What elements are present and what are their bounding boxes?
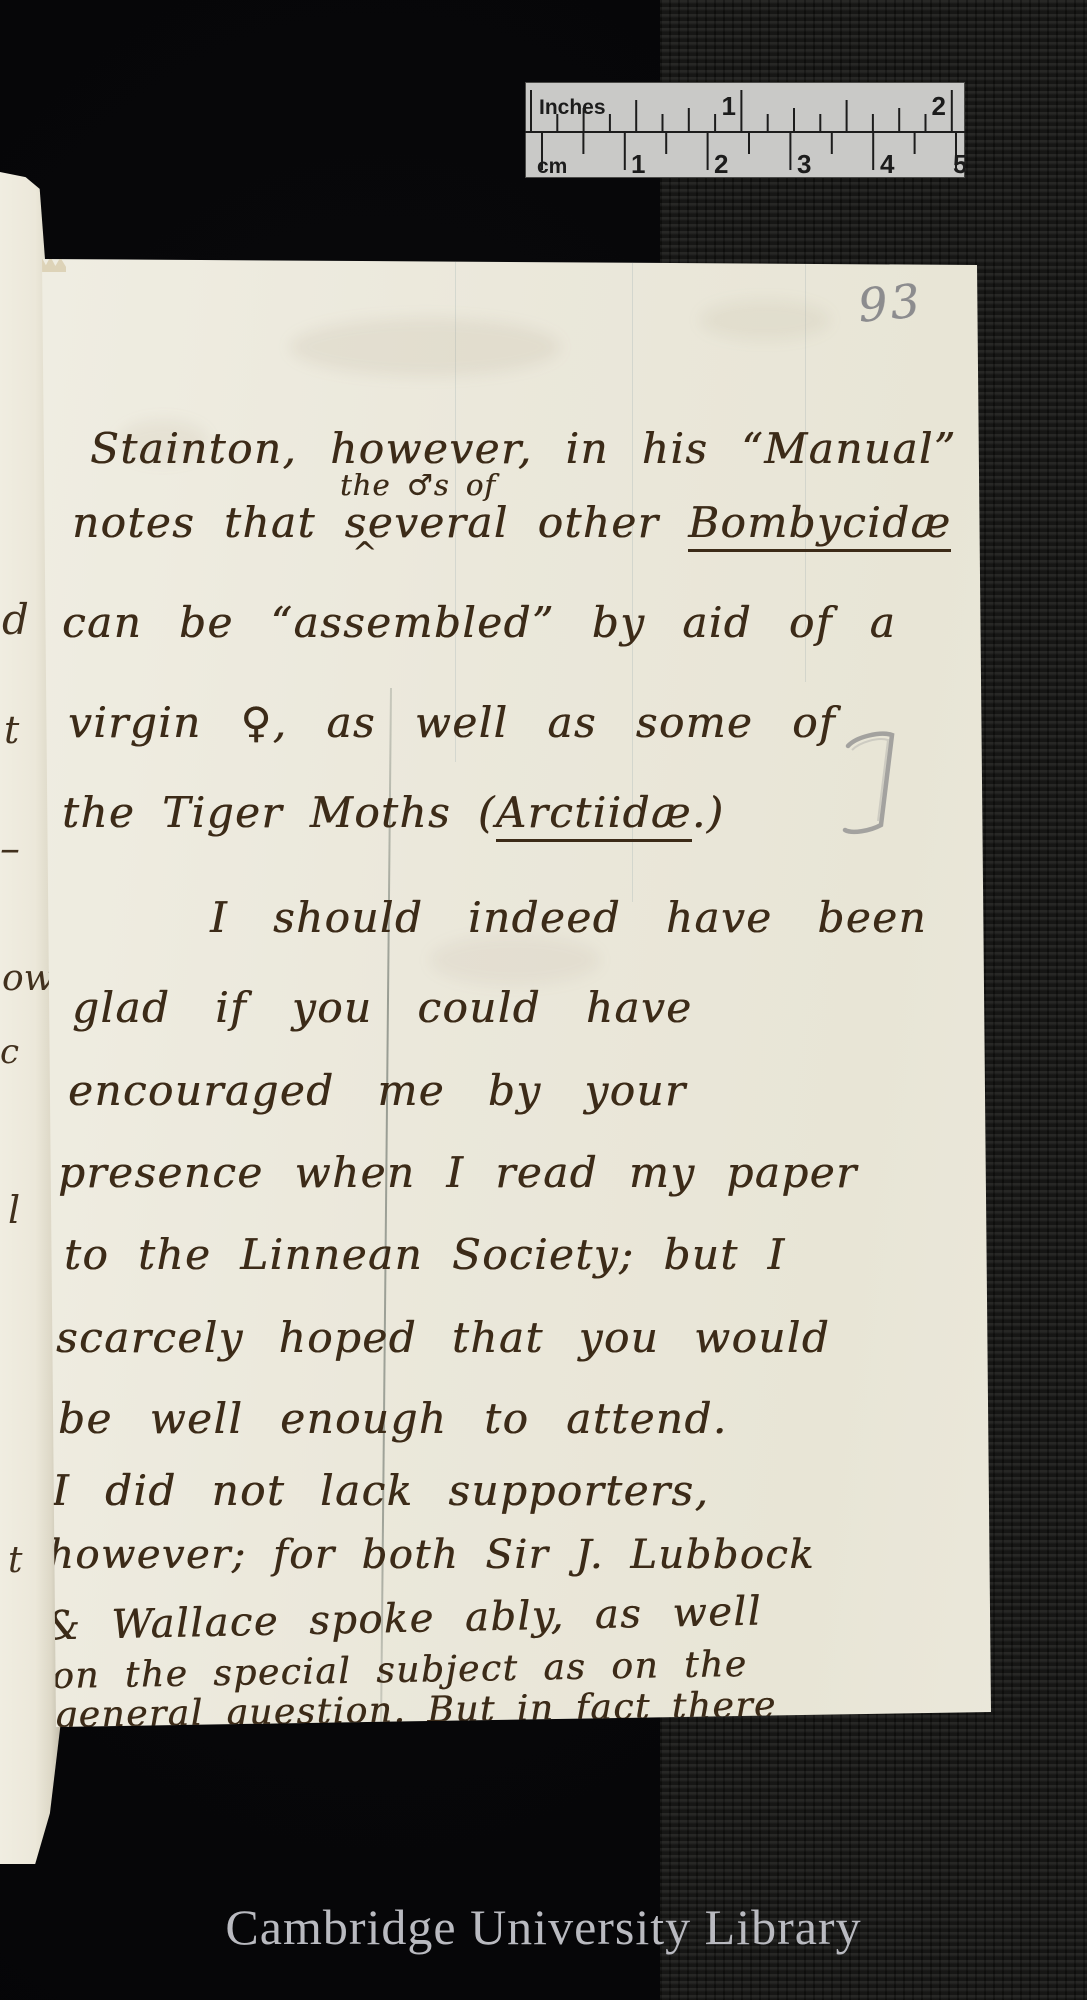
pencil-page-number: 93 <box>856 273 925 332</box>
ink-bleed-ghost <box>700 300 830 340</box>
letter-text: & Wallace spoke ably, as well <box>44 1588 763 1649</box>
letter-text: to the Linnean Society; but I <box>64 1230 786 1279</box>
partial-text-fragment: l <box>8 1188 20 1232</box>
letter-text: .) <box>692 788 725 837</box>
letter-line-2: notes that several other Bombycidæ <box>72 498 951 547</box>
letter-line-10: to the Linnean Society; but I <box>64 1230 786 1279</box>
letter-text: I did not lack supporters, <box>52 1466 709 1515</box>
underlined-taxon: Bombycidæ <box>688 498 951 552</box>
letter-text: presence when I read my paper <box>58 1148 858 1197</box>
partial-text-fragment: – <box>0 826 20 872</box>
letter-text: notes that several other <box>72 498 688 547</box>
letter-text: the Tiger Moths ( <box>62 788 496 837</box>
ink-bleed-ghost <box>290 318 560 376</box>
ruler-cm-number: 3 <box>797 149 811 178</box>
letter-line-7: glad if you could have <box>72 983 693 1032</box>
letter-line-13: I did not lack supporters, <box>52 1466 709 1515</box>
letter-line-8: encouraged me by your <box>68 1066 687 1115</box>
scale-ruler: Inches 1 2 cm 1 2 3 4 5 <box>525 82 965 178</box>
insertion-caret-mark: ^ <box>352 536 377 571</box>
letter-line-14: however; for both Sir J. Lubbock <box>48 1532 815 1578</box>
letter-line-5: the Tiger Moths (Arctiidæ.) <box>62 788 725 837</box>
library-caption: Cambridge University Library <box>0 1898 1087 1956</box>
letter-text: scarcely hoped that you would <box>56 1313 830 1362</box>
ruler-cm-number: 4 <box>880 149 895 178</box>
letter-text: can be “assembled” by aid of a <box>62 598 896 647</box>
ruler-inch-number: 2 <box>932 91 946 121</box>
letter-line-11: scarcely hoped that you would <box>56 1313 830 1362</box>
letter-line-15: & Wallace spoke ably, as well <box>44 1588 763 1649</box>
letter-text: however; for both Sir J. Lubbock <box>48 1532 815 1578</box>
letter-text: glad if you could have <box>72 983 693 1032</box>
ink-bleed-ghost <box>430 935 600 985</box>
letter-text: I should indeed have been <box>210 893 927 942</box>
letter-line-4: virgin ♀, as well as some of <box>68 698 836 747</box>
letter-line-3: can be “assembled” by aid of a <box>62 598 896 647</box>
ruler-inches-label: Inches <box>539 96 606 119</box>
letter-text: encouraged me by your <box>68 1066 687 1115</box>
underlined-taxon: Arctiidæ <box>496 788 692 842</box>
partial-text-fragment: d <box>2 595 29 644</box>
partial-text-fragment: t <box>8 1540 22 1581</box>
ruler-cm-number: 2 <box>714 149 728 178</box>
letter-line-6: I should indeed have been <box>210 893 927 942</box>
ruler-cm-number: 5 <box>953 149 965 178</box>
letter-text: Stainton, however, in his “Manual” <box>90 424 957 473</box>
letter-line-12: be well enough to attend. <box>58 1394 728 1443</box>
letter-line-1: Stainton, however, in his “Manual” <box>90 424 957 473</box>
partial-text-fragment: c <box>0 1032 19 1072</box>
letter-page: 93 Stainton, however, in his “Manual”not… <box>0 0 1087 2000</box>
letter-text: virgin ♀, as well as some of <box>68 698 836 747</box>
ruler-inch-number: 1 <box>722 91 736 121</box>
ruler-cm-number: 1 <box>631 149 645 178</box>
letter-line-9: presence when I read my paper <box>58 1148 858 1197</box>
pencil-bracket <box>836 722 906 847</box>
ruler-cm-label: cm <box>537 155 567 178</box>
interline-insertion: the ♂s of <box>340 468 496 502</box>
manuscript-photo: dt–ow,clt 93 Stainton, however, in his “… <box>0 0 1087 2000</box>
partial-text-fragment: t <box>4 708 19 752</box>
letter-text: be well enough to attend. <box>58 1394 728 1443</box>
